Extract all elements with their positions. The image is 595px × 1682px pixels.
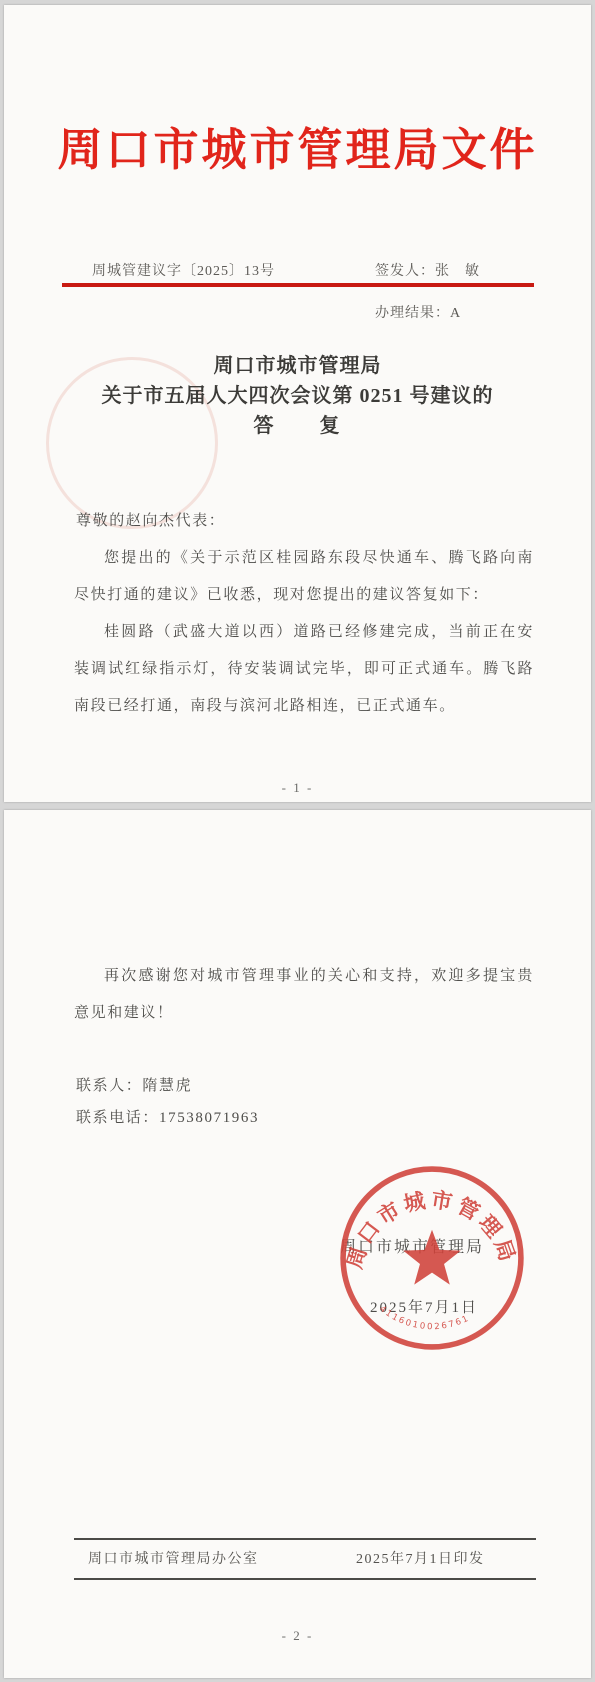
document-number: 周城管建议字〔2025〕13号	[92, 260, 275, 280]
svg-text:4116010026761: 4116010026761	[377, 1304, 471, 1332]
body-paragraph-2: 桂圆路（武盛大道以西）道路已经修建完成，当前正在安装调试红绿指示灯，待安装调试完…	[74, 614, 534, 725]
seal-code-text: 4116010026761	[377, 1304, 471, 1332]
footer-rule-top	[74, 1538, 536, 1540]
page-number-1: - 1 -	[4, 780, 591, 796]
page-number-2: - 2 -	[4, 1628, 591, 1644]
red-divider-rule	[62, 283, 534, 287]
contact-phone: 联系电话：17538071963	[76, 1100, 259, 1137]
document-scan: { "page1": { "header_title": "周口市城市管理局文件…	[0, 0, 595, 1682]
seal-star-icon	[403, 1230, 461, 1285]
title-line-3: 答 复	[4, 409, 591, 438]
issuer-name: 签发人：张 敏	[375, 260, 480, 280]
page-1: 周口市城市管理局文件 周城管建议字〔2025〕13号 签发人：张 敏 办理结果：…	[4, 5, 591, 802]
footer-print-date: 2025年7月1日印发	[356, 1548, 485, 1568]
document-header-title: 周口市城市管理局文件	[4, 113, 591, 178]
body-paragraph-1: 您提出的《关于示范区桂园路东段尽快通车、腾飞路向南尽快打通的建议》已收悉，现对您…	[74, 540, 534, 614]
salutation: 尊敬的赵向杰代表：	[76, 503, 225, 540]
footer-rule-bottom	[74, 1578, 536, 1580]
processing-result: 办理结果：A	[375, 302, 461, 322]
footer-issuing-office: 周口市城市管理局办公室	[88, 1548, 259, 1568]
closing-paragraph: 再次感谢您对城市管理事业的关心和支持，欢迎多提宝贵意见和建议！	[74, 958, 534, 1032]
official-seal-icon: 周口市城市管理局 4116010026761	[336, 1162, 528, 1354]
page-2: 再次感谢您对城市管理事业的关心和支持，欢迎多提宝贵意见和建议！ 联系人：隋慧虎 …	[4, 810, 591, 1678]
title-line-1: 周口市城市管理局	[4, 349, 591, 378]
title-line-2: 关于市五届人大四次会议第 0251 号建议的	[4, 379, 591, 408]
